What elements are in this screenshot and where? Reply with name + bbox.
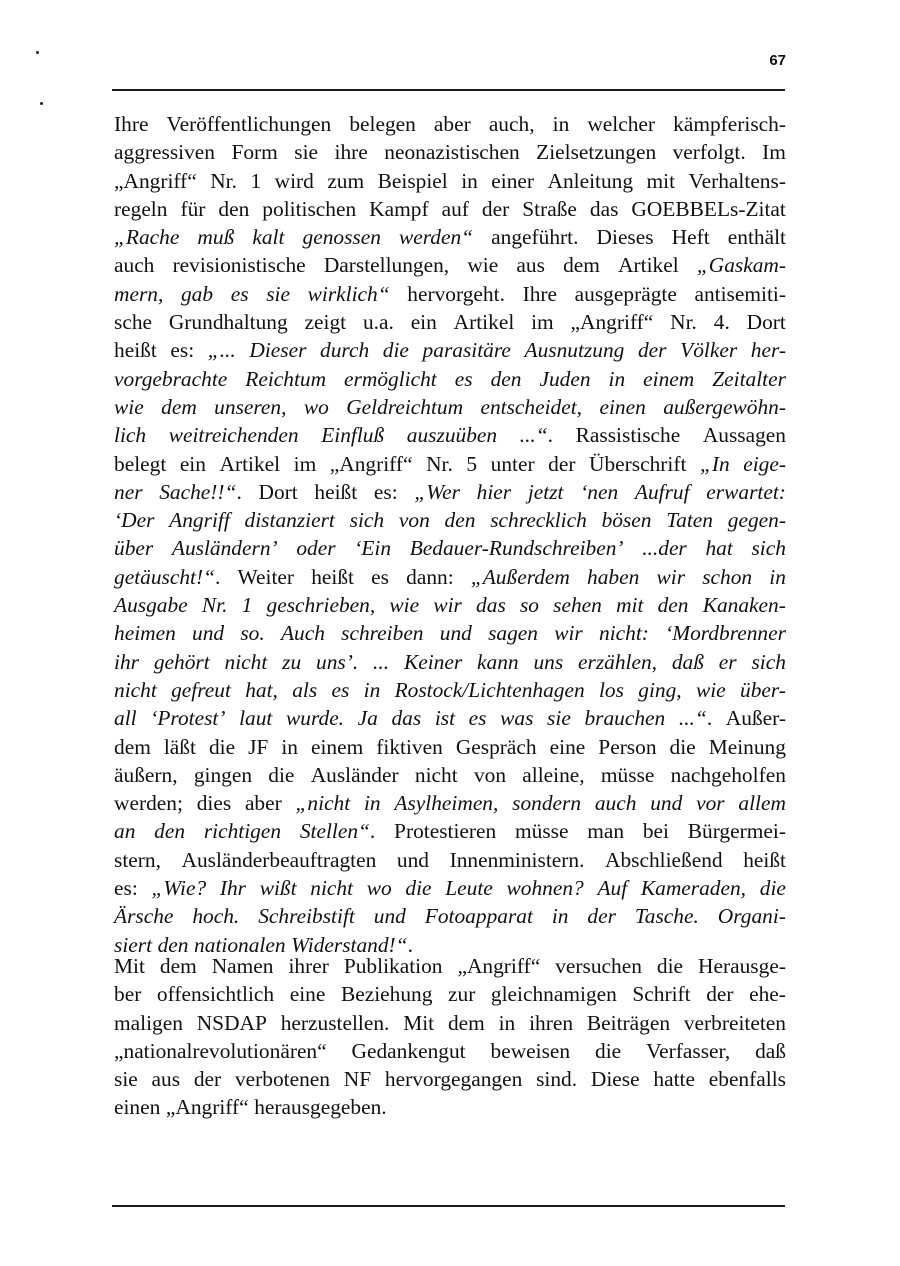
word: der: [706, 980, 733, 1008]
word: heißt: [114, 336, 157, 364]
margin-mark-dot: [40, 102, 43, 105]
word: schreiben: [341, 619, 423, 647]
word: vorgebrachte: [114, 365, 227, 393]
word: ‘Der: [114, 506, 154, 534]
word: „Angriff“: [571, 308, 654, 336]
word: enthält: [728, 223, 786, 251]
word: heimen: [114, 619, 176, 647]
word: im: [531, 308, 554, 336]
text-line: sieausderverbotenenNFhervorgegangensind.…: [114, 1065, 786, 1093]
word: uns: [533, 648, 563, 676]
word: die: [405, 874, 431, 902]
word: sind.: [536, 1065, 577, 1093]
word: Beispiel: [378, 167, 448, 195]
word: „Außerdem: [471, 563, 570, 591]
word: so: [520, 591, 539, 619]
word: Artikel: [618, 251, 679, 279]
word: wird: [275, 167, 314, 195]
word: nicht:: [599, 619, 649, 647]
word: Keiner: [404, 648, 462, 676]
word: GOEBBELs-Zitat: [631, 195, 785, 223]
word: Verfasser,: [646, 1037, 730, 1065]
word: Überschrift: [589, 450, 686, 478]
word: Gedankengut: [352, 1037, 466, 1065]
word: Aussagen: [703, 421, 786, 449]
word: und: [192, 619, 224, 647]
word: Zeitalter: [712, 365, 786, 393]
word: kalt: [252, 223, 284, 251]
text-line: ihrgehörtnichtzuuns’....Keinerkannunserz…: [114, 648, 786, 676]
word: der: [194, 1065, 221, 1093]
text-line: AusgabeNr.1geschrieben,wiewirdassosehenm…: [114, 591, 786, 619]
word: sie: [294, 138, 318, 166]
word: Ärsche: [114, 902, 173, 930]
word: all: [114, 704, 137, 732]
word: Taten: [666, 506, 713, 534]
word: erwartet:: [706, 478, 786, 506]
word: u.a.: [363, 308, 394, 336]
word: es: [231, 280, 249, 308]
word: sie: [266, 280, 290, 308]
word: distanziert: [245, 506, 335, 534]
word: er: [719, 648, 737, 676]
text-line: nerSache!!“.Dortheißtes:„Werhierjetzt‘ne…: [114, 478, 786, 506]
word: lich: [114, 421, 146, 449]
word: erzählen,: [578, 648, 657, 676]
word: vor: [696, 789, 725, 817]
text-line: überAusländern’oder‘EinBedauer-Rundschre…: [114, 534, 786, 562]
word: wir: [554, 619, 583, 647]
word: offensichtlich: [157, 980, 274, 1008]
word: zum: [327, 167, 364, 195]
text-line: „Rachemußkaltgenossenwerden“angeführt.Di…: [114, 223, 786, 251]
word: über-: [740, 676, 786, 704]
word: verbotenen: [235, 1065, 330, 1093]
word: Dieses: [597, 223, 654, 251]
word: Fotoapparat: [425, 902, 533, 930]
word: dem: [161, 393, 197, 421]
word: wurde.: [286, 704, 344, 732]
word: zur: [448, 980, 475, 1008]
word: in: [499, 1009, 516, 1037]
word: hervorgeht.: [407, 280, 505, 308]
text-line: auchrevisionistischeDarstellungen,wieaus…: [114, 251, 786, 279]
word: Ausländer: [311, 761, 399, 789]
word: Innenministern.: [450, 846, 585, 874]
word: Protestieren: [394, 817, 496, 845]
text-line: stern,AusländerbeauftragtenundInnenminis…: [114, 846, 786, 874]
word: Bedauer-Rundschreiben’: [410, 534, 624, 562]
word: sagen: [488, 619, 538, 647]
word: hatte: [653, 1065, 695, 1093]
word: nicht: [225, 648, 268, 676]
word: „Angriff“: [457, 952, 540, 980]
word: welcher: [587, 110, 655, 138]
text-line: maligenNSDAPherzustellen.MitdeminihrenBe…: [114, 1009, 786, 1037]
word: versuchen: [555, 952, 642, 980]
word: und: [440, 619, 472, 647]
word: ihr: [114, 648, 139, 676]
word: unseren,: [214, 393, 286, 421]
header-rule: [112, 89, 785, 91]
text-line: heimenundso.Auchschreibenundsagenwirnich…: [114, 619, 786, 647]
word: ihrer: [288, 952, 328, 980]
word: in: [461, 167, 478, 195]
word: fiktiven: [376, 733, 443, 761]
word: der: [587, 902, 616, 930]
page-number: 67: [769, 52, 786, 69]
word: schon: [702, 563, 752, 591]
word: .: [707, 706, 712, 730]
word: und: [397, 846, 429, 874]
word: Schreibstift: [258, 902, 355, 930]
word: mit: [647, 167, 676, 195]
word: die: [268, 761, 294, 789]
word: ...: [373, 648, 389, 676]
word: in: [281, 733, 298, 761]
word: Verhaltens-: [689, 167, 786, 195]
word: Sache!!“.: [159, 478, 242, 506]
word: „Gaskam-: [697, 251, 786, 279]
word: Anleitung: [548, 167, 634, 195]
word: „Angriff“: [330, 450, 413, 478]
word: Meinung: [709, 733, 786, 761]
word: ist: [435, 704, 455, 732]
word: die: [595, 1037, 621, 1065]
word: .: [236, 480, 241, 504]
word: 5: [466, 450, 477, 478]
word: ...“: [679, 706, 707, 730]
word: was: [500, 704, 533, 732]
word: es: [371, 563, 389, 591]
footer-rule: [112, 1205, 785, 1207]
word: gegen-: [728, 506, 786, 534]
word: die: [209, 733, 235, 761]
word: aggressiven: [114, 138, 215, 166]
word: muß: [197, 223, 234, 251]
word: werden“: [399, 223, 473, 251]
word: heißt: [743, 846, 786, 874]
word: Herausge-: [698, 952, 786, 980]
word: Dieser: [249, 336, 306, 364]
word: äußern,: [114, 761, 178, 789]
word: Asylheimen,: [394, 789, 498, 817]
word: geschrieben,: [267, 591, 376, 619]
word: ermöglicht: [344, 365, 437, 393]
word: als: [292, 676, 317, 704]
word: sehen: [553, 591, 602, 619]
word: nachgeholfen: [671, 761, 786, 789]
word: Beziehung: [341, 980, 432, 1008]
word: getäuscht!“.: [114, 563, 220, 591]
word: wir: [656, 563, 685, 591]
word: Ausländerbeauftragten: [182, 846, 377, 874]
text-line: lichweitreichendenEinflußauszuüben...“.R…: [114, 421, 786, 449]
word: hat,: [245, 676, 278, 704]
text-line: aggressivenFormsieihreneonazistischenZie…: [114, 138, 786, 166]
word: ausgeprägte: [575, 280, 677, 308]
text-line: einen„Angriff“herausgegeben.: [114, 1093, 786, 1121]
word: Dort: [747, 308, 786, 336]
word: los: [599, 676, 624, 704]
text-line: „Angriff“Nr.1wirdzumBeispielineinerAnlei…: [114, 167, 786, 195]
word: kann: [477, 648, 519, 676]
word: weitreichenden: [169, 421, 299, 449]
word: neonazistischen: [384, 138, 519, 166]
word: werden;: [114, 789, 183, 817]
text-line: beroffensichtlicheineBeziehungzurgleichn…: [114, 980, 786, 1008]
word: sich: [751, 648, 785, 676]
word: Angriff: [169, 506, 230, 534]
word: Nr.: [426, 450, 453, 478]
word: auch: [595, 789, 637, 817]
text-line: MitdemNamenihrerPublikation„Angriff“vers…: [114, 952, 786, 980]
word: ‘Protest’: [150, 704, 225, 732]
word: einer: [491, 167, 534, 195]
word: sie: [114, 1065, 138, 1093]
word: „Wie?: [151, 874, 206, 902]
word: den: [658, 591, 689, 619]
word: Schrift: [632, 980, 690, 1008]
word: Reichtum: [245, 365, 326, 393]
word: einen: [114, 1093, 160, 1121]
word: Auf: [597, 874, 627, 902]
word: müsse: [601, 761, 654, 789]
word: von: [399, 506, 430, 534]
word: zeigt: [305, 308, 347, 336]
word: an: [114, 817, 135, 845]
word: genossen: [303, 223, 381, 251]
word: den: [445, 506, 476, 534]
word: Veröffentlichungen: [167, 110, 332, 138]
word: hoch.: [192, 902, 239, 930]
word: so.: [240, 619, 264, 647]
word: Kampf: [369, 195, 428, 223]
word: Form: [231, 138, 277, 166]
body-paragraph-2: MitdemNamenihrerPublikation„Angriff“vers…: [114, 952, 786, 1122]
word: stern,: [114, 846, 161, 874]
word: kämpferisch-: [673, 110, 786, 138]
word: einen: [599, 393, 645, 421]
word: es:: [170, 336, 194, 364]
word: wo: [367, 874, 392, 902]
text-line: getäuscht!“.Weiterheißtesdann:„Außerdemh…: [114, 563, 786, 591]
word: getäuscht!“: [114, 565, 215, 589]
word: hervorgegangen: [385, 1065, 522, 1093]
word: Rostock/Lichtenhagen: [395, 676, 585, 704]
word: durch: [320, 336, 369, 364]
word: oder: [296, 534, 335, 562]
text-line: Ärschehoch.SchreibstiftundFotoapparatind…: [114, 902, 786, 930]
word: der: [548, 450, 575, 478]
word: Ausnutzung: [525, 336, 625, 364]
word: nicht: [310, 874, 353, 902]
word: NF: [344, 1065, 371, 1093]
word: laut: [239, 704, 272, 732]
word: Mit: [114, 952, 145, 980]
word: heißt: [311, 563, 354, 591]
word: in: [609, 365, 626, 393]
word: und: [374, 902, 406, 930]
word: sie: [547, 704, 571, 732]
word: den: [154, 817, 185, 845]
word: wohnen?: [507, 874, 584, 902]
text-line: IhreVeröffentlichungenbelegenaberauch,in…: [114, 110, 786, 138]
word: Außer-: [726, 704, 786, 732]
word: Abschließend: [605, 846, 723, 874]
word: gehört: [154, 648, 210, 676]
text-line: wiedemunseren,woGeldreichtumentscheidet,…: [114, 393, 786, 421]
word: es:: [374, 478, 398, 506]
word: gefreut: [171, 676, 231, 704]
word: aus: [152, 1065, 181, 1093]
word: nicht: [415, 761, 458, 789]
word: Tasche.: [635, 902, 699, 930]
word: allem: [738, 789, 786, 817]
text-line: andenrichtigenStellen“.Protestierenmüsse…: [114, 817, 786, 845]
word: müsse: [515, 817, 568, 845]
word: bösen: [602, 506, 652, 534]
text-line: äußern,gingendieAusländernichtvonalleine…: [114, 761, 786, 789]
word: entscheidet,: [480, 393, 582, 421]
word: wo: [304, 393, 329, 421]
word: Rassistische: [576, 421, 681, 449]
word: Geldreichtum: [346, 393, 463, 421]
text-line: vorgebrachteReichtumermöglichtesdenJuden…: [114, 365, 786, 393]
word: .: [215, 565, 220, 589]
word: eige-: [743, 450, 786, 478]
word: parasitäre: [423, 336, 511, 364]
word: ‘nen: [580, 478, 618, 506]
word: Ausländern’: [172, 534, 278, 562]
word: alleine,: [522, 761, 584, 789]
word: ein: [411, 308, 437, 336]
word: ner: [114, 478, 143, 506]
word: Aufruf: [635, 478, 690, 506]
word: Grundhaltung: [169, 308, 288, 336]
word: ...“.: [679, 704, 712, 732]
word: Im: [762, 138, 786, 166]
word: ...“: [520, 423, 548, 447]
word: die: [670, 733, 696, 761]
word: in: [553, 110, 570, 138]
word: Artikel: [454, 308, 515, 336]
word: schrecklich: [490, 506, 587, 534]
word: Person: [598, 733, 656, 761]
word: heißt: [314, 478, 357, 506]
word: es: [469, 704, 487, 732]
word: dann:: [406, 563, 454, 591]
word: den: [491, 365, 522, 393]
word: ...“.: [520, 421, 553, 449]
text-line: „nationalrevolutionären“Gedankengutbewei…: [114, 1037, 786, 1065]
word: von: [474, 761, 506, 789]
word: belegt: [114, 450, 166, 478]
word: Juden: [539, 365, 590, 393]
word: unter: [491, 450, 535, 478]
word: die: [760, 874, 786, 902]
word: Artikel: [220, 450, 281, 478]
word: ...der: [642, 534, 687, 562]
word: ihren: [529, 1009, 573, 1037]
word: verfolgt.: [673, 138, 746, 166]
word: Darstellungen,: [324, 251, 449, 279]
word: daß: [755, 1037, 786, 1065]
word: aber: [434, 110, 471, 138]
word: für: [180, 195, 205, 223]
word: beweisen: [491, 1037, 571, 1065]
word: „...: [208, 336, 236, 364]
text-line: heißtes:„...DieserdurchdieparasitäreAusn…: [114, 336, 786, 364]
word: regeln: [114, 195, 167, 223]
word: wie: [389, 591, 419, 619]
word: ebenfalls: [709, 1065, 786, 1093]
word: aber: [245, 789, 282, 817]
word: sich: [350, 506, 384, 534]
word: daß: [672, 648, 704, 676]
word: 1: [250, 167, 261, 195]
text-line: nichtgefreuthat,alsesinRostock/Lichtenha…: [114, 676, 786, 704]
word: Beiträgen: [587, 1009, 670, 1037]
word: der: [482, 195, 509, 223]
word: herausgegeben.: [254, 1093, 386, 1121]
word: Diese: [591, 1065, 640, 1093]
word: mern,: [114, 280, 163, 308]
word: in: [364, 789, 381, 817]
text-line: es:„Wie?IhrwißtnichtwodieLeutewohnen?Auf…: [114, 874, 786, 902]
word: revisionistische: [173, 251, 306, 279]
word: Straße: [522, 195, 577, 223]
body-paragraph-1: IhreVeröffentlichungenbelegenaberauch,in…: [114, 110, 786, 959]
word: ehe-: [749, 980, 786, 1008]
word: dem: [448, 1009, 485, 1037]
word: dem: [114, 733, 151, 761]
word: über: [114, 534, 153, 562]
word: sondern: [512, 789, 581, 817]
word: Dort: [259, 478, 298, 506]
word: Kanaken-: [703, 591, 786, 619]
text-line: all‘Protest’lautwurde.Jadasisteswassiebr…: [114, 704, 786, 732]
word: einem: [311, 733, 363, 761]
word: wirklich“: [308, 280, 390, 308]
word: belegen: [349, 110, 416, 138]
text-line: ‘DerAngriffdistanziertsichvondenschreckl…: [114, 506, 786, 534]
word: antisemiti-: [694, 280, 786, 308]
word: dies: [197, 789, 231, 817]
word: 4.: [714, 308, 730, 336]
word: in: [552, 902, 569, 930]
word: gab: [181, 280, 213, 308]
word: Publikation: [344, 952, 443, 980]
word: .: [370, 819, 375, 843]
word: „nicht: [296, 789, 351, 817]
word: außergewöhn-: [663, 393, 786, 421]
word: eine: [290, 980, 326, 1008]
word: aus: [516, 251, 545, 279]
word: JF: [248, 733, 268, 761]
word: wie: [467, 251, 498, 279]
word: 1: [242, 591, 253, 619]
text-line: mern,gabessiewirklich“hervorgeht.Ihreaus…: [114, 280, 786, 308]
word: läßt: [164, 733, 196, 761]
margin-mark-dot: [36, 51, 39, 54]
word: dem: [160, 952, 197, 980]
word: Nr.: [210, 167, 237, 195]
word: haben: [587, 563, 639, 591]
word: Einfluß: [321, 421, 384, 449]
word: Weiter: [238, 563, 294, 591]
word: ber: [114, 980, 141, 1008]
